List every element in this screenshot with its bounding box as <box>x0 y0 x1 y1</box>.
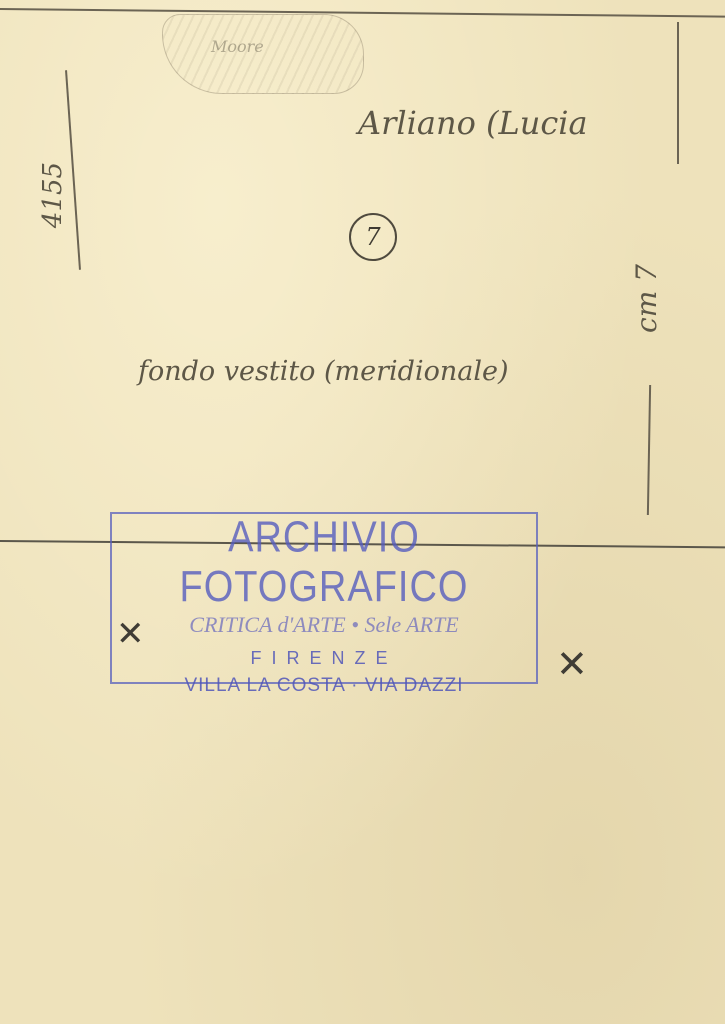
stamp-archive-title: ARCHIVIO FOTOGRAFICO <box>112 514 536 613</box>
photo-back-sheet: Moore Arliano (Lucia 7 4155 fondo vestit… <box>0 0 725 1024</box>
crop-line-top <box>0 8 725 18</box>
crop-line-right <box>677 22 679 164</box>
stamp-publication: CRITICA d'ARTE • Sele ARTE <box>112 612 536 638</box>
inventory-number: 4155 <box>38 162 68 228</box>
caption-annotation: fondo vestito (meridionale) <box>138 356 509 387</box>
name-annotation: Arliano (Lucia <box>358 104 588 142</box>
cross-mark-left: ✕ <box>116 614 145 654</box>
erased-note: Moore <box>211 37 264 56</box>
archive-stamp: ARCHIVIO FOTOGRAFICO CRITICA d'ARTE • Se… <box>110 512 538 684</box>
erased-note-area: Moore <box>162 14 364 94</box>
stamp-city: FIRENZE <box>112 648 536 669</box>
circled-number: 7 <box>349 213 397 261</box>
margin-measure-note: cm 7 <box>630 264 663 333</box>
cross-mark-right: ✕ <box>556 642 588 686</box>
crop-line-right-lower <box>647 385 651 515</box>
stamp-address: VILLA LA COSTA · VIA DAZZI <box>112 675 536 697</box>
